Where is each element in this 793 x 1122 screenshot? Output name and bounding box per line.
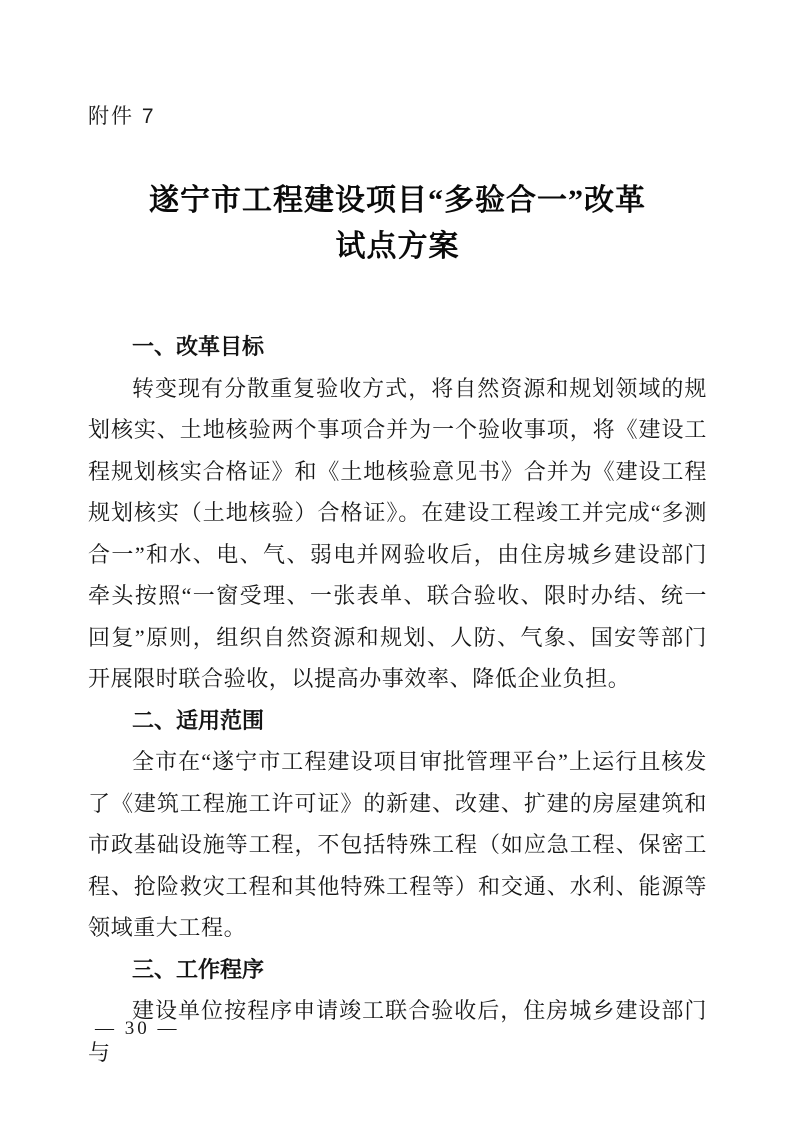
document-title-line-2: 试点方案 [88,224,707,270]
section-work-procedure: 三、工作程序 建设单位按程序申请竣工联合验收后，住房城乡建设部门与 [88,949,707,1074]
section-1-heading: 一、改革目标 [88,326,707,368]
section-reform-goals: 一、改革目标 转变现有分散重复验收方式，将自然资源和规划领域的规划核实、土地核验… [88,326,707,700]
document-title: 遂宁市工程建设项目“多验合一”改革 试点方案 [88,178,707,270]
attachment-label: 附件 7 [88,100,707,134]
section-1-paragraph: 转变现有分散重复验收方式，将自然资源和规划领域的规划核实、土地核验两个事项合并为… [88,368,707,700]
section-3-heading: 三、工作程序 [88,949,707,991]
section-2-paragraph: 全市在“遂宁市工程建设项目审批管理平台”上运行且核发了《建筑工程施工许可证》的新… [88,741,707,949]
section-3-paragraph: 建设单位按程序申请竣工联合验收后，住房城乡建设部门与 [88,990,707,1073]
document-content: 附件 7 遂宁市工程建设项目“多验合一”改革 试点方案 一、改革目标 转变现有分… [88,0,707,1073]
section-2-heading: 二、适用范围 [88,700,707,742]
section-scope: 二、适用范围 全市在“遂宁市工程建设项目审批管理平台”上运行且核发了《建筑工程施… [88,700,707,949]
page-number: — 30 — [95,1018,180,1040]
document-title-line-1: 遂宁市工程建设项目“多验合一”改革 [88,178,707,224]
document-page: 附件 7 遂宁市工程建设项目“多验合一”改革 试点方案 一、改革目标 转变现有分… [0,0,793,1122]
